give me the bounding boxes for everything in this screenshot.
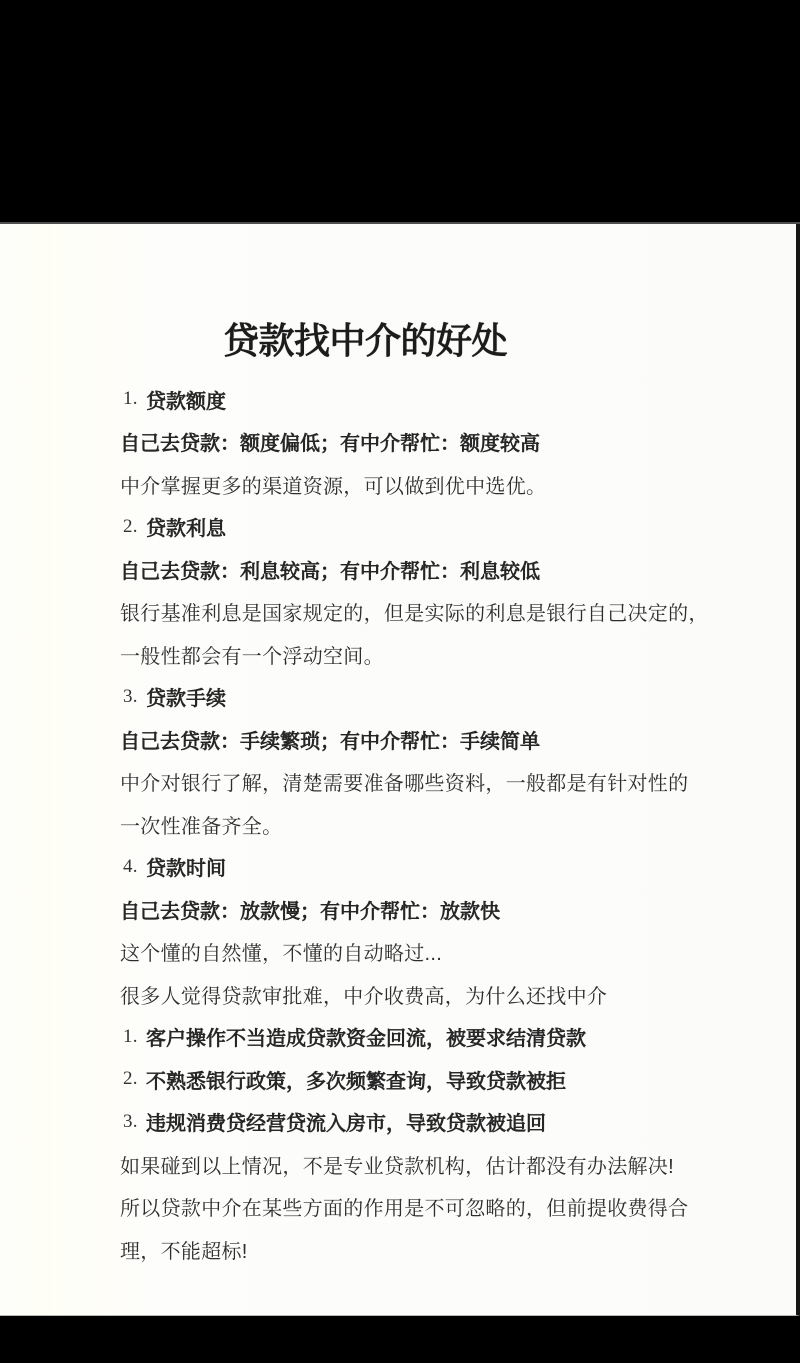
section-number: 1. xyxy=(120,388,146,410)
risk-text: 客户操作不当造成贷款资金回流，被要求结清贷款 xyxy=(146,1022,586,1051)
risk-item: 3. 违规消费贷经营贷流入房市，导致贷款被追回 xyxy=(120,1101,700,1144)
body-line: 一次性准备齐全。 xyxy=(120,803,700,846)
section-heading-label: 贷款时间 xyxy=(146,852,226,881)
closing-line: 如果碰到以上情况，不是专业贷款机构，估计都没有办法解决! xyxy=(120,1143,700,1186)
comparison-line: 自己去贷款：额度偏低；有中介帮忙：额度较高 xyxy=(120,421,700,464)
section-heading: 4. 贷款时间 xyxy=(120,846,700,889)
section-heading: 2. 贷款利息 xyxy=(120,506,700,549)
risk-number: 2. xyxy=(120,1068,146,1090)
letterbox-bottom xyxy=(0,1316,800,1361)
body-line: 银行基准利息是国家规定的，但是实际的利息是银行自己决定的， xyxy=(120,591,700,634)
body-line: 中介掌握更多的渠道资源，可以做到优中选优。 xyxy=(120,463,700,506)
closing-line: 理，不能超标! xyxy=(120,1228,700,1271)
body-line: 这个懂的自然懂，不懂的自动略过... xyxy=(120,931,700,974)
closing-line: 所以贷款中介在某些方面的作用是不可忽略的，但前提收费得合 xyxy=(120,1186,700,1229)
risk-number: 3. xyxy=(120,1111,146,1133)
risk-text: 不熟悉银行政策，多次频繁查询，导致贷款被拒 xyxy=(146,1065,566,1094)
risk-number: 1. xyxy=(120,1026,146,1048)
comparison-line: 自己去贷款：手续繁琐；有中介帮忙：手续简单 xyxy=(120,718,700,761)
section-number: 3. xyxy=(120,686,146,708)
section-heading-label: 贷款利息 xyxy=(146,512,226,541)
document-page: 贷款找中介的好处 1. 贷款额度 自己去贷款：额度偏低；有中介帮忙：额度较高 中… xyxy=(0,224,800,1316)
document-body: 1. 贷款额度 自己去贷款：额度偏低；有中介帮忙：额度较高 中介掌握更多的渠道资… xyxy=(120,378,700,1271)
risk-item: 2. 不熟悉银行政策，多次频繁查询，导致贷款被拒 xyxy=(120,1058,700,1101)
section-heading: 3. 贷款手续 xyxy=(120,676,700,719)
comparison-line: 自己去贷款：放款慢；有中介帮忙：放款快 xyxy=(120,888,700,931)
risk-text: 违规消费贷经营贷流入房市，导致贷款被追回 xyxy=(146,1107,546,1136)
body-line: 很多人觉得贷款审批难，中介收费高，为什么还找中介 xyxy=(120,973,700,1016)
section-heading: 1. 贷款额度 xyxy=(120,378,700,421)
page-title: 贷款找中介的好处 xyxy=(223,224,796,363)
section-heading-label: 贷款手续 xyxy=(146,682,226,711)
section-number: 4. xyxy=(120,856,146,878)
comparison-line: 自己去贷款：利息较高；有中介帮忙：利息较低 xyxy=(120,548,700,591)
section-number: 2. xyxy=(120,516,146,538)
body-line: 一般性都会有一个浮动空间。 xyxy=(120,633,700,676)
body-line: 中介对银行了解，清楚需要准备哪些资料，一般都是有针对性的 xyxy=(120,761,700,804)
risk-item: 1. 客户操作不当造成贷款资金回流，被要求结清贷款 xyxy=(120,1016,700,1059)
section-heading-label: 贷款额度 xyxy=(146,385,226,414)
letterbox-top xyxy=(0,0,800,224)
